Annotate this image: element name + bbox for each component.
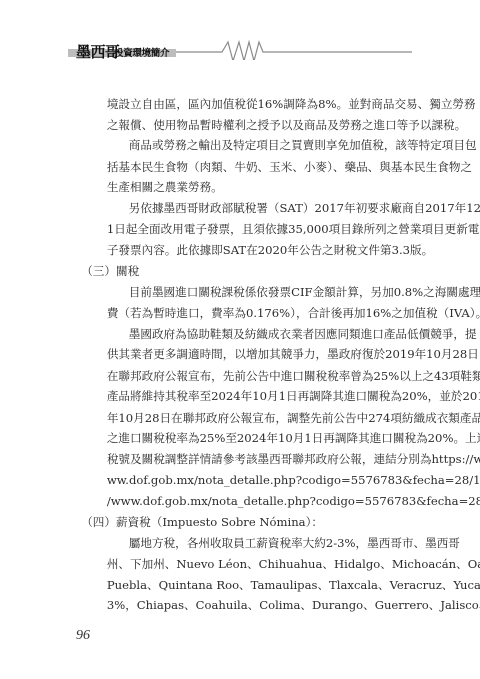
body-text-line: 之報償、使用物品暫時權利之授予以及商品及勞務之進口等予以課稅。	[107, 118, 466, 132]
body-text-line: 境設立自由區，區內加值稅從16%調降為8%。並對商品交易、獨立勞務	[107, 97, 476, 111]
body-text-line: 3%，Chiapas、Coahuila、Colima、Durango、Guerr…	[107, 598, 480, 612]
section-heading: （三）關稅	[81, 264, 139, 278]
body-text-line: 墨國政府為協助鞋類及紡織成衣業者因應同類進口產品低價競爭，提	[129, 327, 477, 341]
body-text-line: 另依據墨西哥財政部賦稅署（SAT）2017年初要求廠商自2017年12月	[129, 201, 480, 215]
body-text-line: 在聯邦政府公報宣布，先前公告中進口關稅稅率曾為25%以上之43項鞋類	[107, 369, 480, 383]
body-text-line: 年10月28日在聯邦政府公報宣布，調整先前公告中274項紡織成衣類產品	[107, 411, 480, 425]
body-text-line: 稅號及關稅調整詳情請參考該墨西哥聯邦政府公報，連結分別為https://w	[107, 452, 480, 466]
body-text-line: /www.dof.gob.mx/nota_detalle.php?codigo=…	[107, 494, 480, 508]
brand-title: 墨西哥	[76, 41, 120, 62]
body-text-line: 州、下加州、Nuevo Léon、Chihuahua、Hidalgo、Micho…	[107, 557, 480, 571]
body-text-line: 費（若為暫時進口，費率為0.176%），合計後再加16%之加值稅（IVA）。	[107, 306, 480, 320]
body-text-line: 子發票內容。此依據即SAT在2020年公告之財稅文件第3.3版。	[107, 243, 433, 257]
body-text-line: ww.dof.gob.mx/nota_detalle.php?codigo=55…	[107, 473, 480, 487]
body-text-line: 供其業者更多調適時間，以增加其競爭力，墨政府復於2019年10月28日	[107, 347, 479, 361]
body-text-line: 括基本民生食物（肉類、牛奶、玉米、小麥）、藥品、與基本民生食物之	[107, 160, 472, 174]
section-heading: （四）薪資稅（Impuesto Sobre Nómina）：	[81, 515, 323, 529]
body-text-line: 目前墨國進口關稅課稅係依發票CIF金額計算，另加0.8%之海關處理	[129, 285, 480, 299]
body-text-line: 商品或勞務之輸出及特定項目之買賣則享免加值稅，該等特定項目包	[129, 138, 477, 152]
running-header: 墨西哥 投資環境簡介	[0, 0, 480, 60]
body-text-line: 生產相關之農業勞務。	[107, 180, 223, 194]
body-text-line: 屬地方稅，各州收取員工薪資稅率大約2-3%，墨西哥市、墨西哥	[129, 536, 460, 550]
body-text-line: 1日起全面改用電子發票，且須依據35,000項目錄所列之營業項目更新電	[107, 222, 480, 236]
brand-subtitle: 投資環境簡介	[114, 45, 169, 59]
body-text-line: 之進口關稅稅率為25%至2024年10月1日再調降其進口關稅為20%。上述	[107, 431, 480, 445]
body-text-line: Puebla、Quintana Roo、Tamaulipas、Tlaxcala、…	[107, 578, 480, 592]
page-number: 96	[76, 628, 90, 644]
body-text-line: 產品將維持其稅率至2024年10月1日再調降其進口關稅為20%，並於2019	[107, 389, 480, 403]
